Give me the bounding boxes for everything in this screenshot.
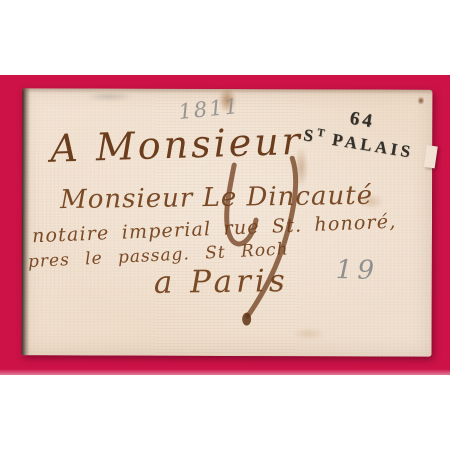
- folded-letter: 1811 64 ST PALAIS A Monsieur Monsieur Le…: [22, 88, 433, 356]
- letter-photograph: 1811 64 ST PALAIS A Monsieur Monsieur Le…: [0, 0, 450, 450]
- ink-stain-speck: [417, 97, 424, 105]
- postmark-64-st-palais: 64 ST PALAIS: [288, 101, 433, 165]
- address-line-salutation: A Monsieur: [50, 119, 304, 171]
- pencil-year-annotation: 1811: [177, 94, 241, 124]
- postmark-town-t-superscript: T: [316, 127, 326, 140]
- ink-stain-bottom: [292, 327, 326, 340]
- address-line-name: Monsieur Le Dincauté: [60, 181, 373, 215]
- letter-left-fold-shadow: [22, 88, 31, 355]
- address-line-street: notaire imperial rue St. honoré,: [32, 211, 397, 248]
- address-line-city: a Paris: [154, 263, 289, 301]
- letter-top-crease: [22, 88, 432, 94]
- pencil-number-annotation: 19: [336, 255, 380, 286]
- pencil-smudge-topleft: [84, 92, 134, 102]
